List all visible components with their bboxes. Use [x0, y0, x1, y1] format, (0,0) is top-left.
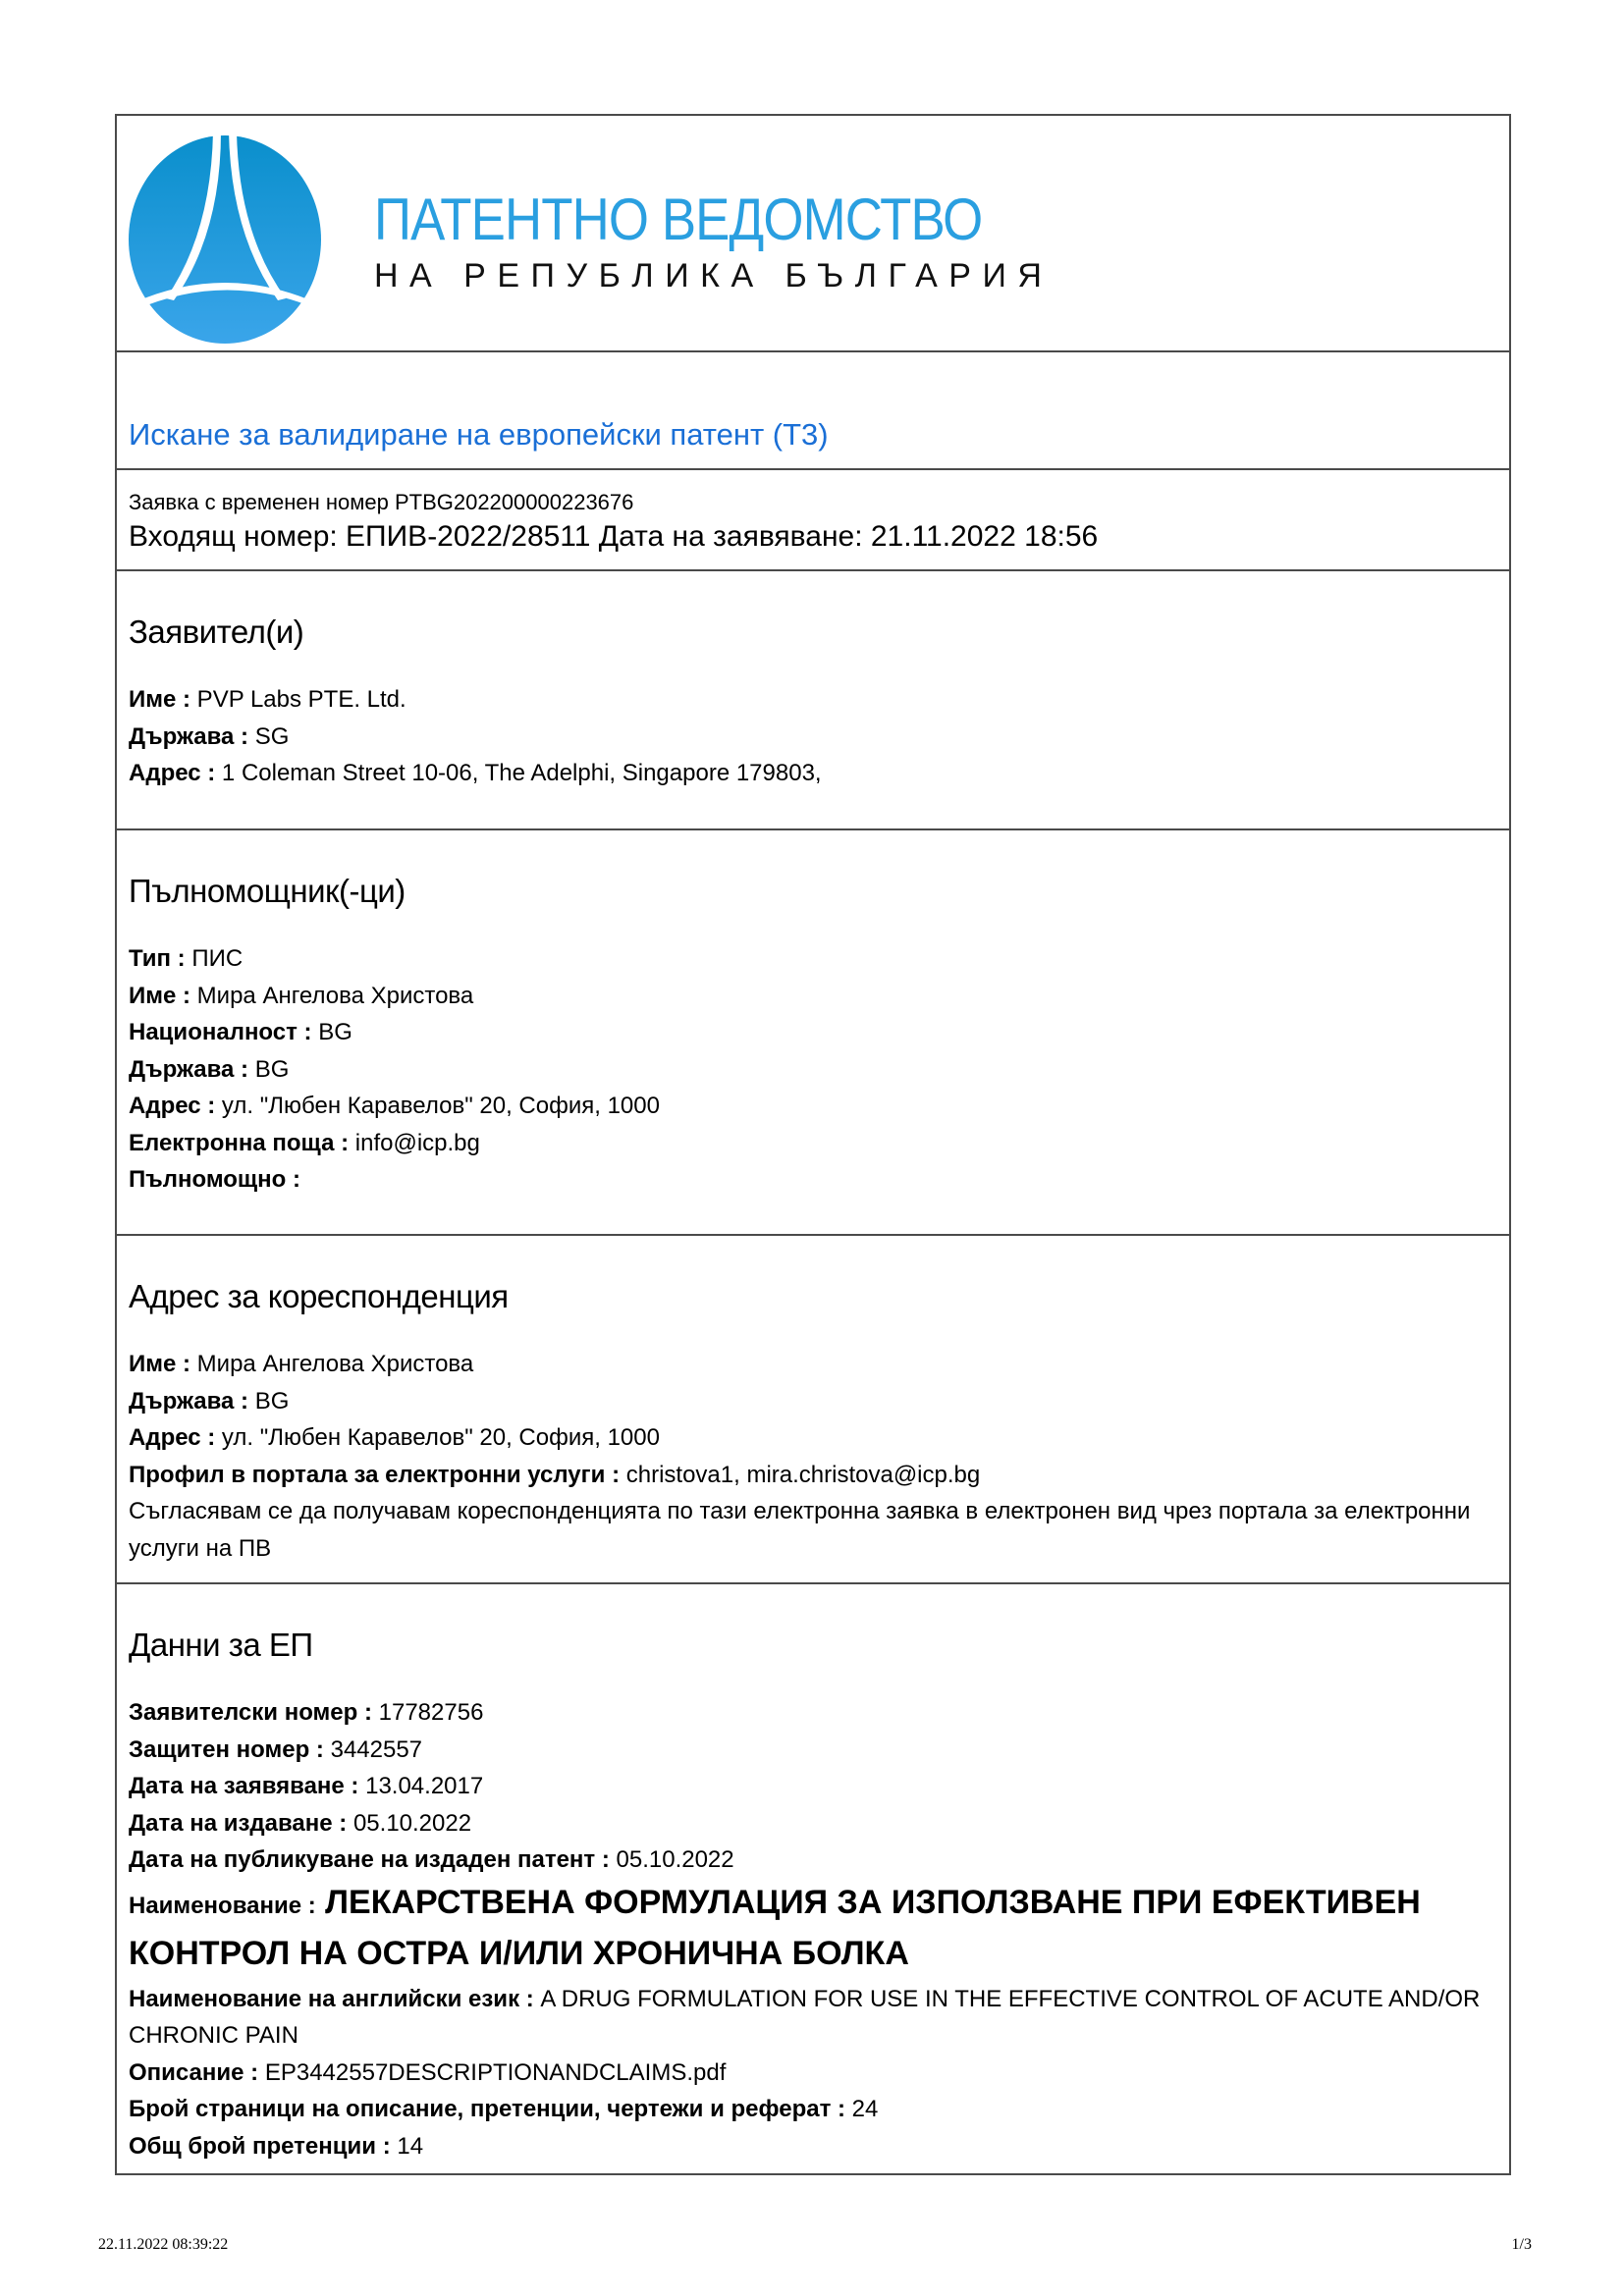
logo-title: ПАТЕНТНО ВЕДОМСТВО [374, 190, 982, 249]
field-label: Дата на заявяване : [129, 1773, 358, 1799]
field-row: Адрес : ул. "Любен Каравелов" 20, София,… [129, 1419, 1497, 1457]
field-label: Име : [129, 983, 190, 1009]
field-value: info@icp.bg [349, 1130, 480, 1156]
document-title: Искане за валидиране на европейски патен… [129, 417, 829, 453]
ep-data-section: Данни за ЕП Заявителски номер : 17782756… [117, 1584, 1509, 2173]
correspondence-section: Адрес за кореспонденция Име : Мира Ангел… [117, 1236, 1509, 1584]
field-label: Заявителски номер : [129, 1699, 372, 1726]
field-row: Име : Мира Ангелова Христова [129, 1346, 1497, 1383]
footer-timestamp: 22.11.2022 08:39:22 [98, 2236, 228, 2254]
field-row: Име : PVP Labs PTE. Ltd. [129, 681, 1497, 719]
field-row: Наименование на английски език : A DRUG … [129, 1981, 1497, 2055]
patent-title-value: ЛЕКАРСТВЕНА ФОРМУЛАЦИЯ ЗА ИЗПОЛЗВАНЕ ПРИ… [129, 1884, 1421, 1972]
field-row: Защитен номер : 3442557 [129, 1732, 1497, 1769]
field-label: Дата на публикуване на издаден патент : [129, 1846, 610, 1873]
field-value: ул. "Любен Каравелов" 20, София, 1000 [215, 1093, 660, 1119]
field-row: Държава : BG [129, 1051, 1497, 1089]
field-label: Адрес : [129, 1093, 215, 1119]
field-value: EP3442557DESCRIPTIONANDCLAIMS.pdf [258, 2059, 726, 2086]
field-value: 14 [391, 2133, 423, 2160]
field-label: Описание : [129, 2059, 258, 2086]
section-heading: Пълномощник(-ци) [129, 872, 1497, 911]
field-label: Държава : [129, 723, 248, 750]
incoming-number: Входящ номер: ЕПИВ-2022/28511 Дата на за… [129, 517, 1497, 557]
field-list: Име : PVP Labs PTE. Ltd.Държава : SGАдре… [129, 681, 1497, 792]
field-row: Общ брой претенции : 14 [129, 2128, 1497, 2165]
field-value: Мира Ангелова Христова [190, 983, 473, 1009]
field-row: Пълномощно : [129, 1161, 1497, 1199]
field-value: ПИС [186, 945, 244, 972]
field-value: BG [248, 1056, 289, 1083]
field-row: Държава : SG [129, 719, 1497, 756]
field-value: ул. "Любен Каравелов" 20, София, 1000 [215, 1424, 660, 1451]
field-value: BG [248, 1388, 289, 1415]
field-label: Профил в портала за електронни услуги : [129, 1462, 620, 1488]
field-row: Дата на публикуване на издаден патент : … [129, 1842, 1497, 1879]
logo-subtitle: НА РЕПУБЛИКА БЪЛГАРИЯ [374, 259, 1053, 293]
field-row: Име : Мира Ангелова Христова [129, 978, 1497, 1015]
field-row: Дата на издаване : 05.10.2022 [129, 1805, 1497, 1842]
document-title-section: Искане за валидиране на европейски патен… [117, 352, 1509, 470]
field-value: christova1, mira.christova@icp.bg [620, 1462, 980, 1488]
field-list: Тип : ПИСИме : Мира Ангелова ХристоваНац… [129, 940, 1497, 1199]
field-row: Заявителски номер : 17782756 [129, 1694, 1497, 1732]
field-value: 05.10.2022 [610, 1846, 734, 1873]
field-label: Име : [129, 1351, 190, 1377]
field-row: Тип : ПИС [129, 940, 1497, 978]
field-label: Адрес : [129, 1424, 215, 1451]
field-value: 17782756 [372, 1699, 483, 1726]
field-label: Наименование : [129, 1893, 316, 1919]
field-row: Националност : BG [129, 1014, 1497, 1051]
section-heading: Заявител(и) [129, 613, 1497, 652]
field-value: SG [248, 723, 289, 750]
applicants-section: Заявител(и) Име : PVP Labs PTE. Ltd.Държ… [117, 571, 1509, 830]
field-label: Държава : [129, 1388, 248, 1415]
patent-office-emblem-icon [127, 126, 323, 344]
field-label: Електронна поща : [129, 1130, 349, 1156]
field-value: 05.10.2022 [347, 1810, 471, 1837]
field-label: Защитен номер : [129, 1736, 324, 1763]
field-value: BG [312, 1019, 352, 1045]
field-label: Държава : [129, 1056, 248, 1083]
field-label: Тип : [129, 945, 186, 972]
field-label: Пълномощно : [129, 1166, 300, 1193]
field-row: Адрес : ул. "Любен Каравелов" 20, София,… [129, 1088, 1497, 1125]
field-row: Профил в портала за електронни услуги : … [129, 1457, 1497, 1494]
page-number: 1/3 [1512, 2236, 1532, 2254]
field-patent-title: Наименование : ЛЕКАРСТВЕНА ФОРМУЛАЦИЯ ЗА… [129, 1879, 1497, 1981]
field-value: PVP Labs PTE. Ltd. [190, 686, 406, 713]
field-row: Адрес : 1 Coleman Street 10-06, The Adel… [129, 755, 1497, 792]
request-info: Заявка с временен номер PTBG202200000223… [117, 470, 1509, 571]
field-label: Наименование на английски език : [129, 1986, 534, 2012]
section-heading: Адрес за кореспонденция [129, 1277, 1497, 1316]
field-label: Адрес : [129, 760, 215, 786]
field-list: Заявителски номер : 17782756Защитен номе… [129, 1694, 1497, 1879]
field-label: Брой страници на описание, претенции, че… [129, 2096, 845, 2122]
field-row: Електронна поща : info@icp.bg [129, 1125, 1497, 1162]
field-row: Държава : BG [129, 1383, 1497, 1420]
consent-text: Съгласявам се да получавам кореспонденци… [129, 1493, 1497, 1567]
field-label: Име : [129, 686, 190, 713]
field-value: 24 [845, 2096, 878, 2122]
field-value: 13.04.2017 [358, 1773, 483, 1799]
field-label: Общ брой претенции : [129, 2133, 391, 2160]
field-label: Дата на издаване : [129, 1810, 347, 1837]
field-value: Мира Ангелова Христова [190, 1351, 473, 1377]
document-frame: ПАТЕНТНО ВЕДОМСТВО НА РЕПУБЛИКА БЪЛГАРИЯ… [115, 114, 1511, 2175]
field-value: 1 Coleman Street 10-06, The Adelphi, Sin… [215, 760, 821, 786]
field-list: Име : Мира Ангелова ХристоваДържава : BG… [129, 1346, 1497, 1493]
field-row: Дата на заявяване : 13.04.2017 [129, 1768, 1497, 1805]
section-heading: Данни за ЕП [129, 1626, 1497, 1665]
field-row: Описание : EP3442557DESCRIPTIONANDCLAIMS… [129, 2055, 1497, 2092]
field-label: Националност : [129, 1019, 312, 1045]
field-value: 3442557 [324, 1736, 422, 1763]
temporary-number: Заявка с временен номер PTBG202200000223… [129, 488, 1497, 517]
header: ПАТЕНТНО ВЕДОМСТВО НА РЕПУБЛИКА БЪЛГАРИЯ [117, 116, 1509, 352]
field-row: Брой страници на описание, претенции, че… [129, 2091, 1497, 2128]
agents-section: Пълномощник(-ци) Тип : ПИСИме : Мира Анг… [117, 830, 1509, 1236]
field-list: Наименование на английски език : A DRUG … [129, 1981, 1497, 2165]
